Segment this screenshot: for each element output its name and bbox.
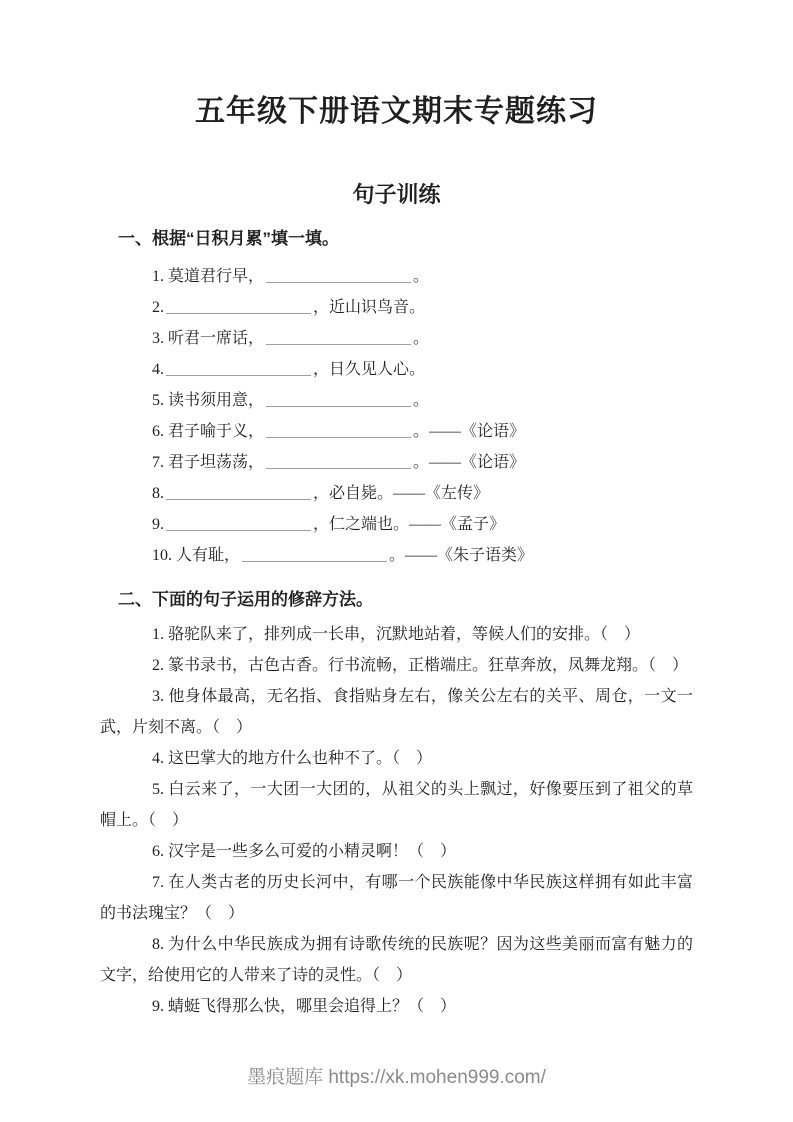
- fill-in-blank-list: 1. 莫道君行早，。2.，近山识鸟音。3. 听君一席话，。4.，日久见人心。5.…: [100, 261, 693, 571]
- section2-heading: 二、下面的句子运用的修辞方法。: [100, 585, 693, 615]
- fill-in-blank-item: 6. 君子喻于义，。——《论语》: [100, 416, 693, 447]
- item-text-before-blank: 1. 莫道君行早，: [152, 268, 264, 285]
- rhetoric-question: 1. 骆驼队来了，排列成一长串，沉默地站着，等候人们的安排。（ ）: [100, 619, 693, 650]
- rhetoric-question: 6. 汉字是一些多么可爱的小精灵啊！（ ）: [100, 836, 693, 867]
- item-text-before-blank: 4.: [152, 361, 164, 378]
- rhetoric-question: 3. 他身体最高，无名指、食指贴身左右，像关公左右的关平、周仓，一文一武，片刻不…: [100, 681, 693, 743]
- answer-blank-underline: [166, 514, 311, 531]
- section1-heading: 一、根据“日积月累”填一填。: [100, 224, 693, 254]
- item-text-before-blank: 5. 读书须用意，: [152, 392, 264, 409]
- fill-in-blank-item: 7. 君子坦荡荡，。——《论语》: [100, 447, 693, 478]
- item-text-after-blank: 。: [413, 268, 429, 285]
- fill-in-blank-item: 10. 人有耻，。——《朱子语类》: [100, 540, 693, 571]
- fill-in-blank-item: 5. 读书须用意，。: [100, 385, 693, 416]
- item-text-after-blank: 。: [413, 392, 429, 409]
- worksheet-page: 五年级下册语文期末专题练习 句子训练 一、根据“日积月累”填一填。 1. 莫道君…: [0, 0, 793, 1122]
- page-title: 五年级下册语文期末专题练习: [0, 0, 793, 132]
- answer-blank-underline: [266, 452, 411, 469]
- item-text-before-blank: 6. 君子喻于义，: [152, 423, 264, 440]
- item-text-before-blank: 10. 人有耻，: [152, 547, 240, 564]
- fill-in-blank-item: 9.，仁之端也。——《孟子》: [100, 509, 693, 540]
- rhetoric-question: 9. 蜻蜓飞得那么快，哪里会追得上？（ ）: [100, 991, 693, 1022]
- answer-blank-underline: [266, 390, 411, 407]
- rhetoric-question: 2. 篆书录书，古色古香。行书流畅，正楷端庄。狂草奔放，凤舞龙翔。（ ）: [100, 650, 693, 681]
- rhetoric-question: 5. 白云来了，一大团一大团的，从祖父的头上飘过，好像要压到了祖父的草帽上。（ …: [100, 774, 693, 836]
- answer-blank-underline: [166, 359, 311, 376]
- item-text-after-blank: ，近山识鸟音。: [313, 299, 425, 316]
- rhetoric-question: 4. 这巴掌大的地方什么也种不了。（ ）: [100, 743, 693, 774]
- worksheet-subtitle: 句子训练: [0, 180, 793, 210]
- item-text-after-blank: 。——《论语》: [413, 454, 525, 471]
- worksheet-body: 一、根据“日积月累”填一填。 1. 莫道君行早，。2.，近山识鸟音。3. 听君一…: [100, 224, 693, 1022]
- item-text-after-blank: 。——《朱子语类》: [389, 547, 533, 564]
- item-text-before-blank: 9.: [152, 516, 164, 533]
- item-text-after-blank: ，日久见人心。: [313, 361, 425, 378]
- footer-watermark-text: 墨痕题库 https://xk.mohen999.com/: [247, 1067, 546, 1088]
- item-text-after-blank: 。: [413, 330, 429, 347]
- fill-in-blank-item: 1. 莫道君行早，。: [100, 261, 693, 292]
- answer-blank-underline: [242, 545, 387, 562]
- item-text-before-blank: 7. 君子坦荡荡，: [152, 454, 264, 471]
- section-rhetoric-methods: 二、下面的句子运用的修辞方法。 1. 骆驼队来了，排列成一长串，沉默地站着，等候…: [100, 585, 693, 1022]
- item-text-after-blank: ，必自毙。——《左传》: [313, 485, 489, 502]
- answer-blank-underline: [266, 328, 411, 345]
- item-text-before-blank: 3. 听君一席话，: [152, 330, 264, 347]
- section-fill-in-blanks: 一、根据“日积月累”填一填。 1. 莫道君行早，。2.，近山识鸟音。3. 听君一…: [100, 224, 693, 571]
- page-footer: 墨痕题库 https://xk.mohen999.com/: [0, 1066, 793, 1090]
- fill-in-blank-item: 2.，近山识鸟音。: [100, 292, 693, 323]
- fill-in-blank-item: 4.，日久见人心。: [100, 354, 693, 385]
- item-text-after-blank: ，仁之端也。——《孟子》: [313, 516, 505, 533]
- fill-in-blank-item: 8.，必自毙。——《左传》: [100, 478, 693, 509]
- fill-in-blank-item: 3. 听君一席话，。: [100, 323, 693, 354]
- item-text-before-blank: 2.: [152, 299, 164, 316]
- answer-blank-underline: [166, 483, 311, 500]
- item-text-after-blank: 。——《论语》: [413, 423, 525, 440]
- answer-blank-underline: [266, 421, 411, 438]
- answer-blank-underline: [166, 297, 311, 314]
- rhetoric-question-list: 1. 骆驼队来了，排列成一长串，沉默地站着，等候人们的安排。（ ）2. 篆书录书…: [100, 619, 693, 1022]
- rhetoric-question: 8. 为什么中华民族成为拥有诗歌传统的民族呢？因为这些美丽而富有魅力的文字，给使…: [100, 929, 693, 991]
- rhetoric-question: 7. 在人类古老的历史长河中，有哪一个民族能像中华民族这样拥有如此丰富的书法瑰宝…: [100, 867, 693, 929]
- item-text-before-blank: 8.: [152, 485, 164, 502]
- answer-blank-underline: [266, 266, 411, 283]
